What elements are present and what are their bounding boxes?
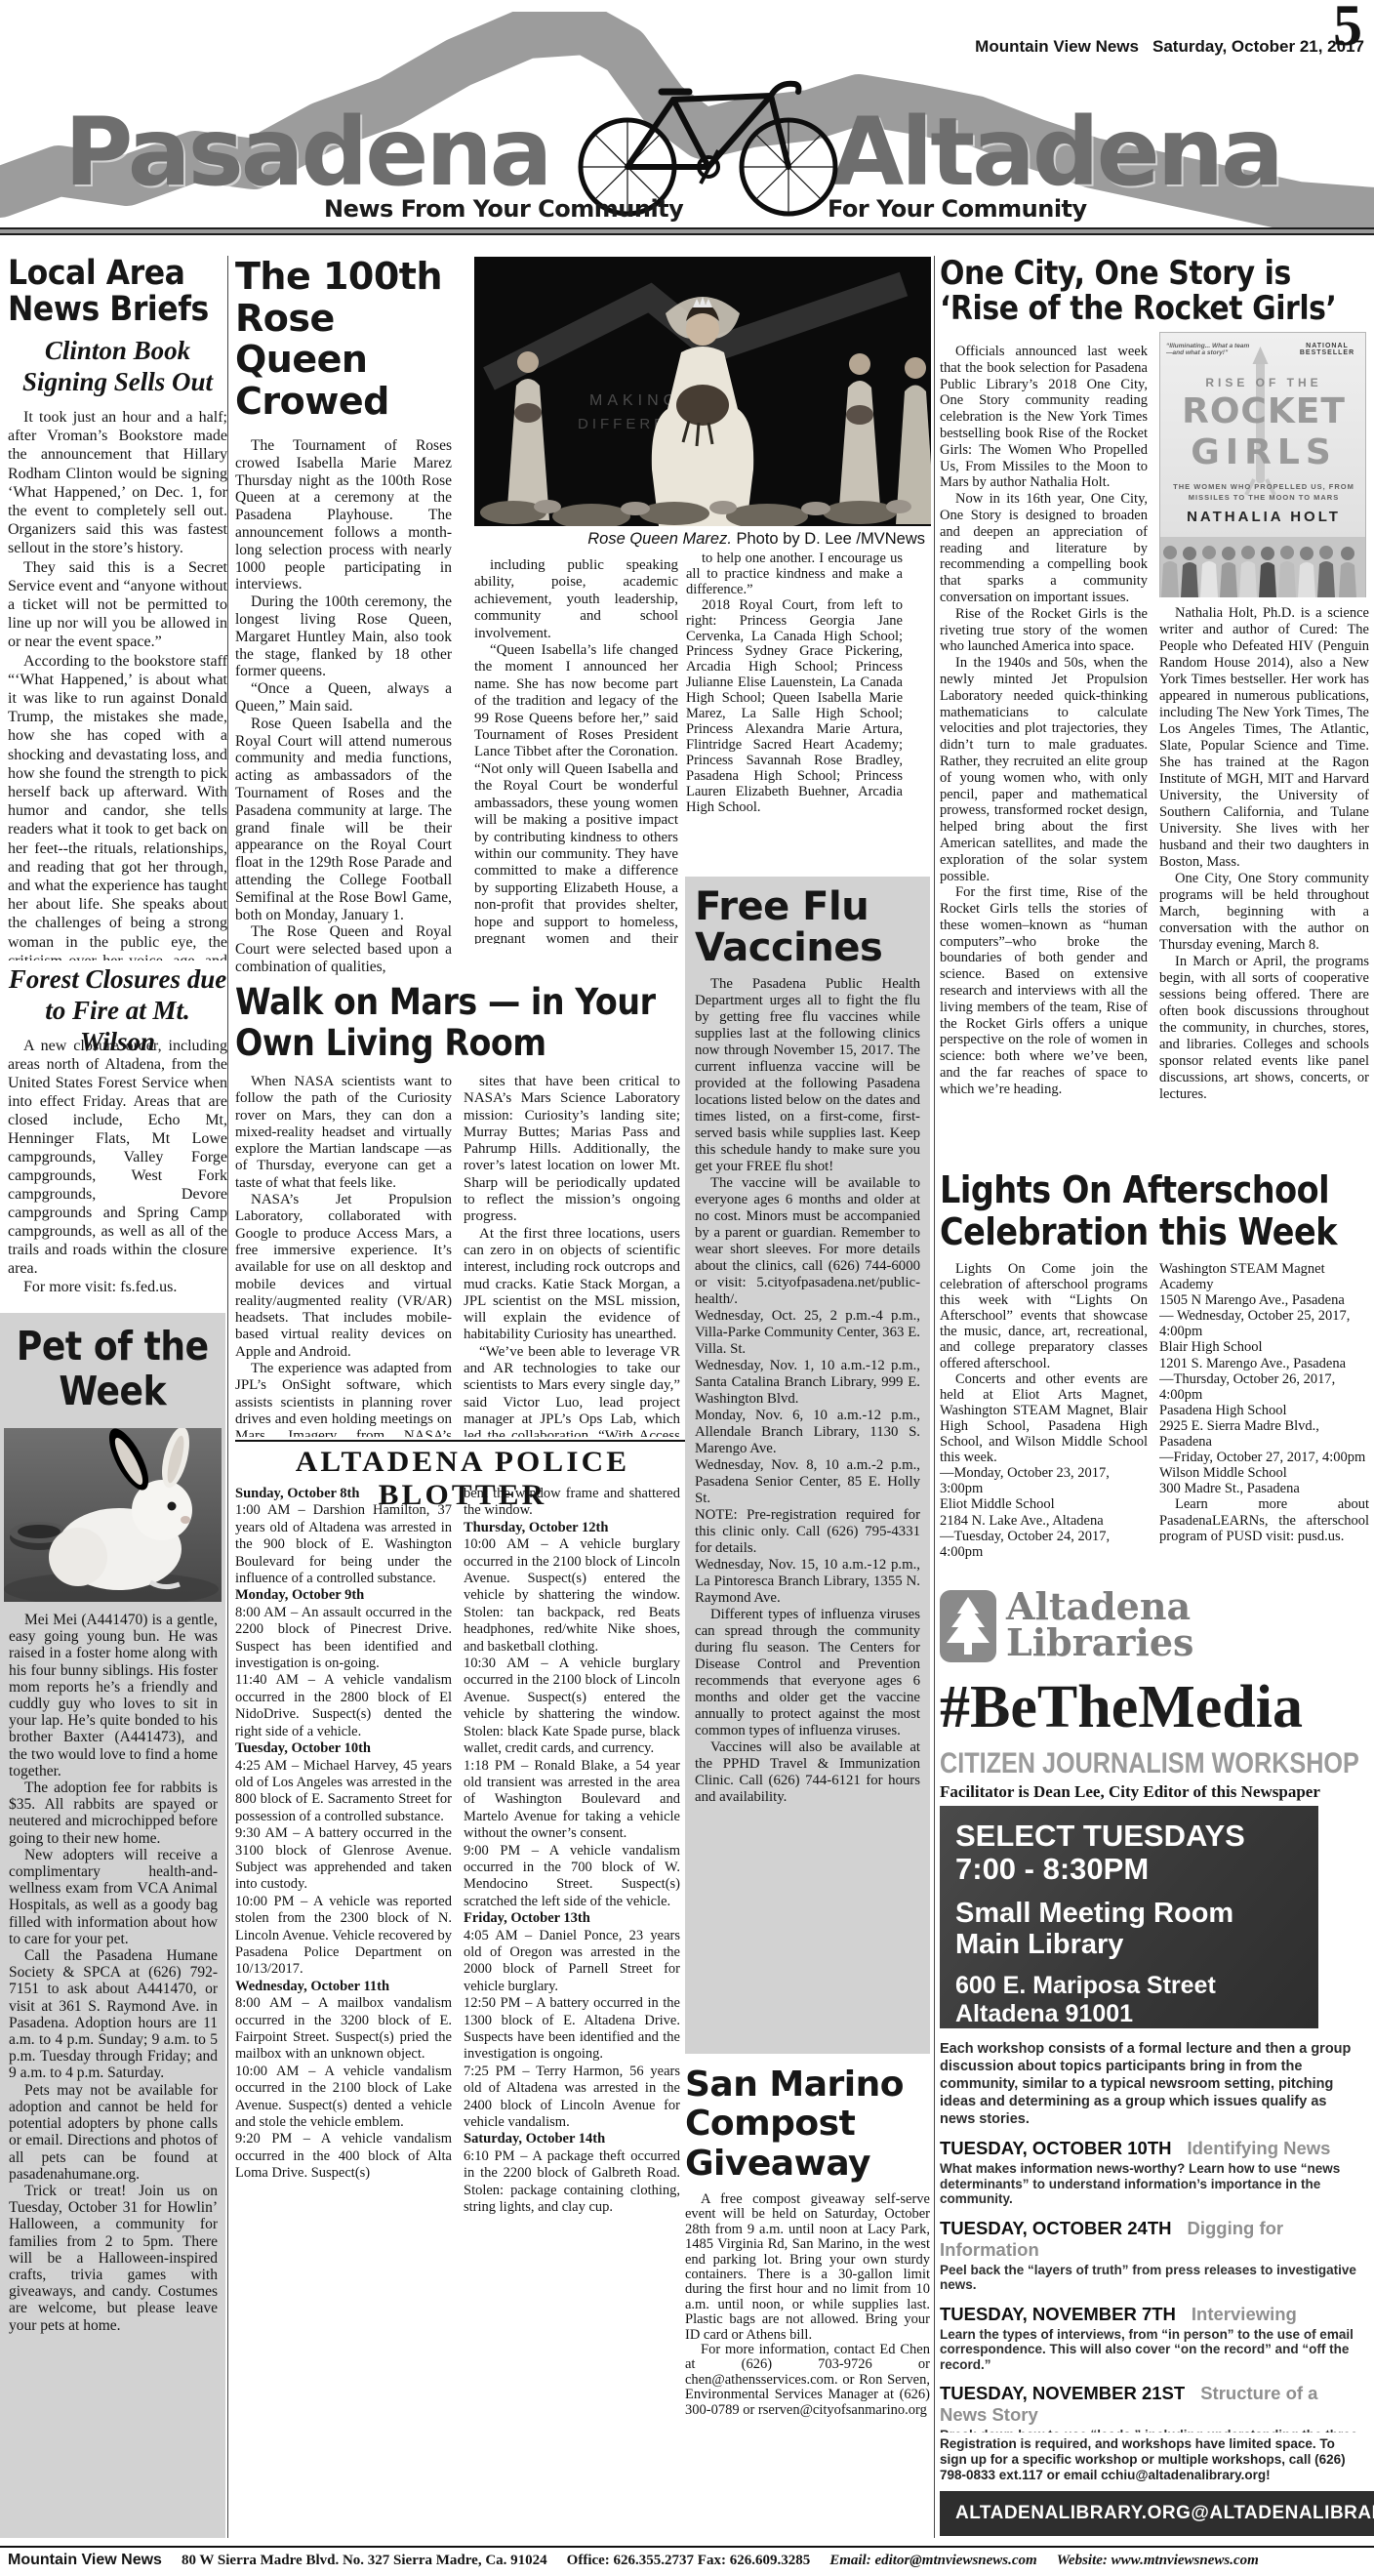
workshop-info-box: SELECT TUESDAYS 7:00 - 8:30PM Small Meet… <box>940 1806 1318 2028</box>
blotter-text: 8:00 AM – An assault occurred in the 220… <box>235 1605 452 1671</box>
police-blotter-col1: Sunday, October 8th1:00 AM – Darshion Ha… <box>235 1486 452 2538</box>
schedule-line: Washington STEAM Magnet Academy <box>1159 1261 1369 1292</box>
paragraph: Officials announced last week that the b… <box>940 344 1148 491</box>
lights-on-colA: Lights On Come join the celebration of a… <box>940 1261 1148 1577</box>
one-city-title-line2: ‘Rise of the Rocket Girls’ <box>940 291 1322 326</box>
paragraph: It took just an hour and a half; after V… <box>8 408 227 558</box>
blotter-entry: 10:00 AM – A vehicle burglary occurred i… <box>464 1536 680 1656</box>
cover-women-photo <box>1160 537 1365 597</box>
paragraph: The Tournament of Roses crowed Isabella … <box>235 437 452 593</box>
schedule-line: —Thursday, October 26, 2017, 4:00pm <box>1159 1371 1369 1403</box>
blotter-entry: 10:30 AM – A vehicle burglary occurred i… <box>464 1656 680 1757</box>
blotter-text: 8:00 AM – A mailbox vandalism occurred i… <box>235 1995 452 2062</box>
cover-title-mid: ROCKET <box>1160 391 1367 431</box>
one-city-colB: Nathalia Holt, Ph.D. is a science writer… <box>1159 605 1369 1169</box>
schedule-line: Eliot Middle School <box>940 1496 1148 1512</box>
blotter-entry: 6:10 PM – A package theft occurred in th… <box>464 2148 680 2217</box>
blotter-entry: 7:25 PM – Terry Harmon, 56 years old of … <box>464 2064 680 2132</box>
column-rule-left <box>227 256 228 2538</box>
clinton-heading: Clinton Book Signing Sells Out <box>8 336 227 398</box>
schedule-line: 2184 N. Lake Ave., Altadena <box>940 1513 1148 1529</box>
walk-on-mars-title: Walk on Mars — in Your Own Living Room <box>235 982 690 1064</box>
footer-website-value: www.mtnviewsnews.com <box>1111 2553 1259 2568</box>
paragraph: Concerts and other events are held at El… <box>940 1371 1148 1466</box>
blotter-date: Monday, October 9th <box>235 1587 452 1604</box>
blotter-text: 4:05 AM – Daniel Ponce, 23 years old of … <box>464 1928 680 1994</box>
paragraph: One City, One Story community programs w… <box>1159 871 1369 954</box>
cover-title-bottom: GIRLS <box>1160 432 1367 472</box>
blotter-entry: 11:40 AM – A vehicle vandalism occurred … <box>235 1672 452 1740</box>
paragraph: In the 1940s and 50s, when the newly min… <box>940 655 1148 884</box>
blotter-text: 6:10 PM – A package theft occurred in th… <box>464 2148 680 2215</box>
schedule-line: 1505 N Marengo Ave., Pasadena <box>1159 1292 1369 1308</box>
paragraph: 2018 Royal Court, from left to right: Pr… <box>686 598 903 816</box>
lights-on-colB: Washington STEAM Magnet Academy1505 N Ma… <box>1159 1261 1369 1577</box>
lights-on-colB-schedule: Washington STEAM Magnet Academy1505 N Ma… <box>1159 1261 1369 1496</box>
rose-queen-col2: including public speaking ability, poise… <box>474 557 678 944</box>
schedule-line: —Tuesday, October 24, 2017, 4:00pm <box>940 1529 1148 1560</box>
box-line4: Main Library <box>955 1930 1303 1961</box>
blotter-date: Sunday, October 8th <box>235 1486 452 1502</box>
session-date: TUESDAY, OCTOBER 10TH <box>940 2138 1171 2158</box>
rose-queen-col3: to help one another. I encourage us all … <box>686 552 903 874</box>
blotter-entry: 4:25 AM – Michael Harvey, 45 years old o… <box>235 1758 452 1826</box>
workshop-description: Each workshop consists of a formal lectu… <box>940 2040 1354 2128</box>
paragraph: NASA’s Jet Propulsion Laboratory, collab… <box>235 1192 452 1361</box>
lights-on-colA-paragraphs: Lights On Come join the celebration of a… <box>940 1261 1148 1465</box>
blotter-text: 7:25 PM – Terry Harmon, 56 years old of … <box>464 2064 680 2130</box>
flu-vaccines-box: Free Flu Vaccines The Pasadena Public He… <box>685 877 930 2054</box>
footer-website-label: Website: <box>1057 2553 1108 2568</box>
blotter-text: 1:18 PM – Ronald Blake, a 54 year old tr… <box>464 1758 680 1842</box>
paragraph: Different types of influenza viruses can… <box>695 1607 920 1739</box>
blotter-date: Thursday, October 12th <box>464 1520 680 1536</box>
paragraph: At the first three locations, users can … <box>464 1226 680 1344</box>
blotter-text: 12:50 PM – A battery occurred in the 130… <box>464 1995 680 2062</box>
session-description: Learn the types of interviews, from “in … <box>940 2327 1366 2373</box>
paragraph: Call the Pasadena Humane Society & SPCA … <box>9 1947 218 2082</box>
workshop-session: TUESDAY, OCTOBER 10THIdentifying News Wh… <box>940 2138 1366 2207</box>
san-marino-title: San Marino Compost Giveaway <box>685 2065 930 2184</box>
footer-office: Office: 626.355.2737 Fax: 626.609.3285 <box>567 2553 811 2569</box>
schedule-line: Pasadena High School <box>1159 1403 1369 1418</box>
caption-credit: Photo by D. Lee /MVNews <box>732 530 925 548</box>
box-line3: Small Meeting Room <box>955 1899 1303 1930</box>
cover-subtitle: THE WOMEN WHO PROPELLED US, FROM MISSILE… <box>1171 481 1356 504</box>
citizen-journalism-workshop-title: CITIZEN JOURNALISM WORKSHOP <box>940 1747 1329 1780</box>
blotter-entry: 9:00 PM – A vehicle vandalism occurred i… <box>464 1843 680 1911</box>
workshop-session: TUESDAY, NOVEMBER 7THInterviewing Learn … <box>940 2304 1366 2373</box>
paragraph: “Queen Isabella’s life changed the momen… <box>474 642 678 944</box>
box-line5: 600 E. Mariposa Street <box>955 1972 1303 2000</box>
masthead-divider <box>0 227 1374 235</box>
footer-email: Email: editor@mtnviewsnews.com <box>829 2553 1037 2569</box>
schedule-line: 1201 S. Marengo Ave., Pasadena <box>1159 1356 1369 1371</box>
paragraph: including public speaking ability, poise… <box>474 557 678 642</box>
rocket-girls-book-cover: “Illuminating... What a team—and what a … <box>1159 332 1366 597</box>
workshop-session: TUESDAY, NOVEMBER 21STStructure of a New… <box>940 2383 1366 2433</box>
blotter-entry: 12:50 PM – A battery occurred in the 130… <box>464 1995 680 2064</box>
paragraph: The Pasadena Public Health Department ur… <box>695 976 920 1175</box>
paragraph: Learn more about PasadenaLEARNs, the aft… <box>1159 1496 1369 1543</box>
paragraph: Now in its 16th year, One City, One Stor… <box>940 491 1148 606</box>
rose-queen-col1: The Tournament of Roses crowed Isabella … <box>235 437 452 978</box>
blotter-text: 10:30 AM – A vehicle burglary occurred i… <box>464 1656 680 1756</box>
paragraph: “We’ve been able to leverage VR and AR t… <box>464 1344 680 1437</box>
flu-schedule: Wednesday, Oct. 25, 2 p.m.-4 p.m., Villa… <box>695 1308 920 1607</box>
rose-queen-photo-caption: Rose Queen Marez. Photo by D. Lee /MVNew… <box>474 530 925 549</box>
schedule-line: Blair High School <box>1159 1339 1369 1355</box>
paragraph: For the first time, Rise of the Rocket G… <box>940 884 1148 1097</box>
clinic-line: Wednesday, Nov. 8, 10 a.m.-2 p.m., Pasad… <box>695 1457 920 1507</box>
altadena-libraries-logo: Altadena Libraries <box>940 1588 1330 1668</box>
paragraph: For more information, contact Ed Chen at… <box>685 2343 930 2418</box>
paragraph: “Once a Queen, always a Queen,” Main sai… <box>235 680 452 716</box>
library-website: ALTADENALIBRARY.ORG <box>955 2503 1191 2524</box>
paragraph: sites that have been critical to NASA’s … <box>464 1074 680 1226</box>
pet-of-week-box: Pet of the Week M <box>0 1313 225 2538</box>
blotter-entry: 8:00 AM – A mailbox vandalism occurred i… <box>235 1995 452 2064</box>
blotter-date: Saturday, October 14th <box>464 2131 680 2147</box>
footer-website: Website: www.mtnviewsnews.com <box>1057 2553 1259 2569</box>
san-marino-body: A free compost giveaway self-serve event… <box>685 2192 930 2538</box>
blotter-text: 11:40 AM – A vehicle vandalism occurred … <box>235 1672 452 1738</box>
blotter-text: 1:00 AM – Darshion Hamilton, 37 years ol… <box>235 1502 452 1586</box>
clinic-line: Wednesday, Nov. 1, 10 a.m.-12 p.m., Sant… <box>695 1358 920 1408</box>
paragraph: New adopters will receive a complimentar… <box>9 1847 218 1947</box>
clinic-line: Monday, Nov. 6, 10 a.m.-12 p.m., Allenda… <box>695 1408 920 1457</box>
paragraph: The experience was adapted from JPL’s On… <box>235 1361 452 1437</box>
flu-outro: Different types of influenza viruses can… <box>695 1607 920 1806</box>
blotter-entry: Thursday, October 12th <box>464 1520 680 1536</box>
pet-of-week-body: Mei Mei (A441470) is a gentle, easy goin… <box>9 1612 218 2529</box>
blotter-date: Wednesday, October 11th <box>235 1979 452 1995</box>
one-city-colA: Officials announced last week that the b… <box>940 344 1148 1165</box>
white-rabbit-photo <box>4 1428 222 1602</box>
blotter-entry: 8:00 AM – An assault occurred in the 220… <box>235 1605 452 1673</box>
cover-quote: “Illuminating... What a team—and what a … <box>1166 343 1252 356</box>
session-date: TUESDAY, NOVEMBER 7TH <box>940 2304 1176 2324</box>
blotter-entry: 4:05 AM – Daniel Ponce, 23 years old of … <box>464 1928 680 1996</box>
newspaper-page: 5 Mountain View News Saturday, October 2… <box>0 0 1374 2576</box>
blotter-date: Tuesday, October 10th <box>235 1740 452 1757</box>
paragraph: to help one another. I encourage us all … <box>686 552 903 598</box>
local-briefs-title: Local Area News Briefs <box>8 256 227 329</box>
blotter-text: 9:20 PM – A vehicle vandalism occurred i… <box>235 2131 452 2181</box>
schedule-line: —Friday, October 27, 2017, 4:00pm <box>1159 1450 1369 1465</box>
paragraph: Pets may not be available for adoption a… <box>9 2082 218 2183</box>
workshop-session: TUESDAY, OCTOBER 24THDigging for Informa… <box>940 2218 1366 2293</box>
one-city-title: One City, One Story is ‘Rise of the Rock… <box>940 256 1374 326</box>
paragraph: A free compost giveaway self-serve event… <box>685 2192 930 2343</box>
blotter-text: 9:00 PM – A vehicle vandalism occurred i… <box>464 1843 680 1909</box>
clinton-body: It took just an hour and a half; after V… <box>8 408 227 961</box>
schedule-line: — Wednesday, October 25, 2017, 4:00pm <box>1159 1308 1369 1339</box>
session-description: Peel back the “layers of truth” from pre… <box>940 2263 1366 2293</box>
one-city-title-line1: One City, One Story is <box>940 256 1322 291</box>
logo-text-line1: Altadena <box>1006 1588 1193 1624</box>
paragraph: A new closure order, including areas nor… <box>8 1037 227 1278</box>
blotter-entry: 9:30 AM – A battery occurred in the 3100… <box>235 1825 452 1894</box>
clinic-line: NOTE: Pre-registration required for this… <box>695 1507 920 1557</box>
pet-of-week-title: Pet of the Week <box>0 1325 225 1414</box>
paragraph: The Rose Queen and Royal Court were sele… <box>235 923 452 975</box>
paragraph: Vaccines will also be available at the P… <box>695 1739 920 1806</box>
police-blotter-col2: bent the window frame and shattered the … <box>464 1486 680 2538</box>
column-rule-right <box>934 256 935 2538</box>
logo-text-line2: Libraries <box>1006 1624 1193 1660</box>
lights-on-colA-schedule: —Monday, October 23, 2017, 3:00pmEliot M… <box>940 1465 1148 1560</box>
paragraph: When NASA scientists want to follow the … <box>235 1074 452 1192</box>
clinic-line: Wednesday, Nov. 15, 10 a.m.-12 p.m., La … <box>695 1557 920 1607</box>
paragraph: The vaccine will be available to everyon… <box>695 1175 920 1308</box>
footer-address: 80 W Sierra Madre Blvd. No. 327 Sierra M… <box>182 2553 547 2569</box>
paragraph: In March or April, the programs begin, w… <box>1159 954 1369 1103</box>
blotter-date: Friday, October 13th <box>464 1910 680 1927</box>
paragraph: Trick or treat! Join us on Tuesday, Octo… <box>9 2183 218 2334</box>
session-topic: Identifying News <box>1187 2138 1330 2158</box>
blotter-entry: Monday, October 9th <box>235 1587 452 1604</box>
paragraph: For more visit: fs.fed.us. <box>8 1278 227 1296</box>
paragraph: Nathalia Holt, Ph.D. is a science writer… <box>1159 605 1369 871</box>
blotter-entry: Friday, October 13th <box>464 1910 680 1927</box>
paragraph: According to the bookstore staff “‘What … <box>8 652 227 961</box>
paragraph: They said this is a Secret Service event… <box>8 558 227 652</box>
blotter-text: bent the window frame and shattered the … <box>464 1486 680 1518</box>
blotter-entry: 10:00 AM – A vehicle vandalism occurred … <box>235 2064 452 2132</box>
session-description: Break down how to use “leads,” including… <box>940 2428 1366 2433</box>
clinic-line: Wednesday, Oct. 25, 2 p.m.-4 p.m., Villa… <box>695 1308 920 1358</box>
rose-queen-photo: MAKING A DIFFERENCE <box>474 257 931 526</box>
blotter-text: 10:00 AM – A vehicle vandalism occurred … <box>235 2064 452 2130</box>
masthead-title-pasadena: Pasadena <box>64 105 549 199</box>
rose-queen-title: The 100th Rose Queen Crowed <box>235 256 452 422</box>
cover-badge: NATIONAL BESTSELLER <box>1297 343 1357 356</box>
workshop-sessions: TUESDAY, OCTOBER 10THIdentifying News Wh… <box>940 2138 1366 2433</box>
footer-rule <box>0 2546 1374 2548</box>
paragraph: Lights On Come join the celebration of a… <box>940 1261 1148 1371</box>
caption-italic: Rose Queen Marez. <box>587 530 732 548</box>
schedule-line: 2925 E. Sierra Madre Blvd., Pasadena <box>1159 1418 1369 1450</box>
page-footer: Mountain View News 80 W Sierra Madre Blv… <box>8 2552 1370 2569</box>
walk-on-mars-col1: When NASA scientists want to follow the … <box>235 1074 452 1437</box>
walk-on-mars-col2: sites that have been critical to NASA’s … <box>464 1074 680 1437</box>
paragraph: Mei Mei (A441470) is a gentle, easy goin… <box>9 1612 218 1779</box>
bethemedia-hashtag: #BeTheMedia <box>940 1673 1303 1742</box>
box-line1: SELECT TUESDAYS <box>955 1820 1303 1853</box>
masthead-tagline-left: News From Your Community <box>324 195 683 223</box>
blotter-entry: Saturday, October 14th <box>464 2131 680 2147</box>
box-line6: Altadena 91001 <box>955 2000 1303 2028</box>
cover-title-top: RISE OF THE <box>1160 376 1367 389</box>
facilitator-line: Facilitator is Dean Lee, City Editor of … <box>940 1782 1369 1802</box>
session-topic: Interviewing <box>1192 2304 1297 2324</box>
blotter-text: 10:00 AM – A vehicle burglary occurred i… <box>464 1536 680 1654</box>
blotter-entry: 1:18 PM – Ronald Blake, a 54 year old tr… <box>464 1758 680 1843</box>
paragraph: During the 100th ceremony, the longest l… <box>235 593 452 680</box>
session-date: TUESDAY, NOVEMBER 21ST <box>940 2383 1185 2403</box>
lights-on-title: Lights On Afterschool Celebration this W… <box>940 1169 1371 1252</box>
blotter-entry: Wednesday, October 11th <box>235 1979 452 1995</box>
forest-body: A new closure order, including areas nor… <box>8 1037 227 1315</box>
masthead-tagline-right: For Your Community <box>828 195 1087 223</box>
blotter-text: 9:30 AM – A battery occurred in the 3100… <box>235 1825 452 1892</box>
paragraph: Rose Queen Isabella and the Royal Court … <box>235 716 452 924</box>
schedule-line: —Monday, October 23, 2017, 3:00pm <box>940 1465 1148 1496</box>
blotter-entry: 1:00 AM – Darshion Hamilton, 37 years ol… <box>235 1502 452 1587</box>
schedule-line: Wilson Middle School <box>1159 1465 1369 1481</box>
blotter-entry: 9:20 PM – A vehicle vandalism occurred i… <box>235 2131 452 2182</box>
registration-note: Registration is required, and workshops … <box>940 2436 1359 2483</box>
library-social-handle: @ALTADENALIBRARY <box>1191 2503 1374 2524</box>
flu-intro: The Pasadena Public Health Department ur… <box>695 976 920 1308</box>
cover-author: NATHALIA HOLT <box>1160 509 1367 525</box>
library-footer-bar: ALTADENALIBRARY.ORG @ALTADENALIBRARY <box>940 2491 1374 2536</box>
footer-email-label: Email: <box>829 2553 871 2568</box>
flu-title: Free Flu Vaccines <box>695 886 920 968</box>
masthead-title-altadena: Altadena <box>831 105 1281 199</box>
blotter-text: 4:25 AM – Michael Harvey, 45 years old o… <box>235 1758 452 1824</box>
session-date: TUESDAY, OCTOBER 24TH <box>940 2218 1171 2238</box>
footer-email-value: editor@mtnviewsnews.com <box>874 2553 1036 2568</box>
pine-tree-icon <box>940 1590 996 1662</box>
session-description: What makes information news-worthy? Lear… <box>940 2161 1366 2207</box>
footer-name: Mountain View News <box>8 2552 162 2569</box>
box-line2: 7:00 - 8:30PM <box>955 1853 1303 1886</box>
paragraph: Rise of the Rocket Girls is the riveting… <box>940 606 1148 655</box>
blotter-entry: Tuesday, October 10th <box>235 1740 452 1757</box>
schedule-line: 300 Madre St., Pasadena <box>1159 1481 1369 1496</box>
blotter-entry: Sunday, October 8th <box>235 1486 452 1502</box>
blotter-entry: 10:00 PM – A vehicle was reported stolen… <box>235 1894 452 1979</box>
paragraph: The adoption fee for rabbits is $35. All… <box>9 1779 218 1847</box>
blotter-entry: bent the window frame and shattered the … <box>464 1486 680 1520</box>
lights-on-colB-outro: Learn more about PasadenaLEARNs, the aft… <box>1159 1496 1369 1543</box>
blotter-text: 10:00 PM – A vehicle was reported stolen… <box>235 1894 452 1978</box>
